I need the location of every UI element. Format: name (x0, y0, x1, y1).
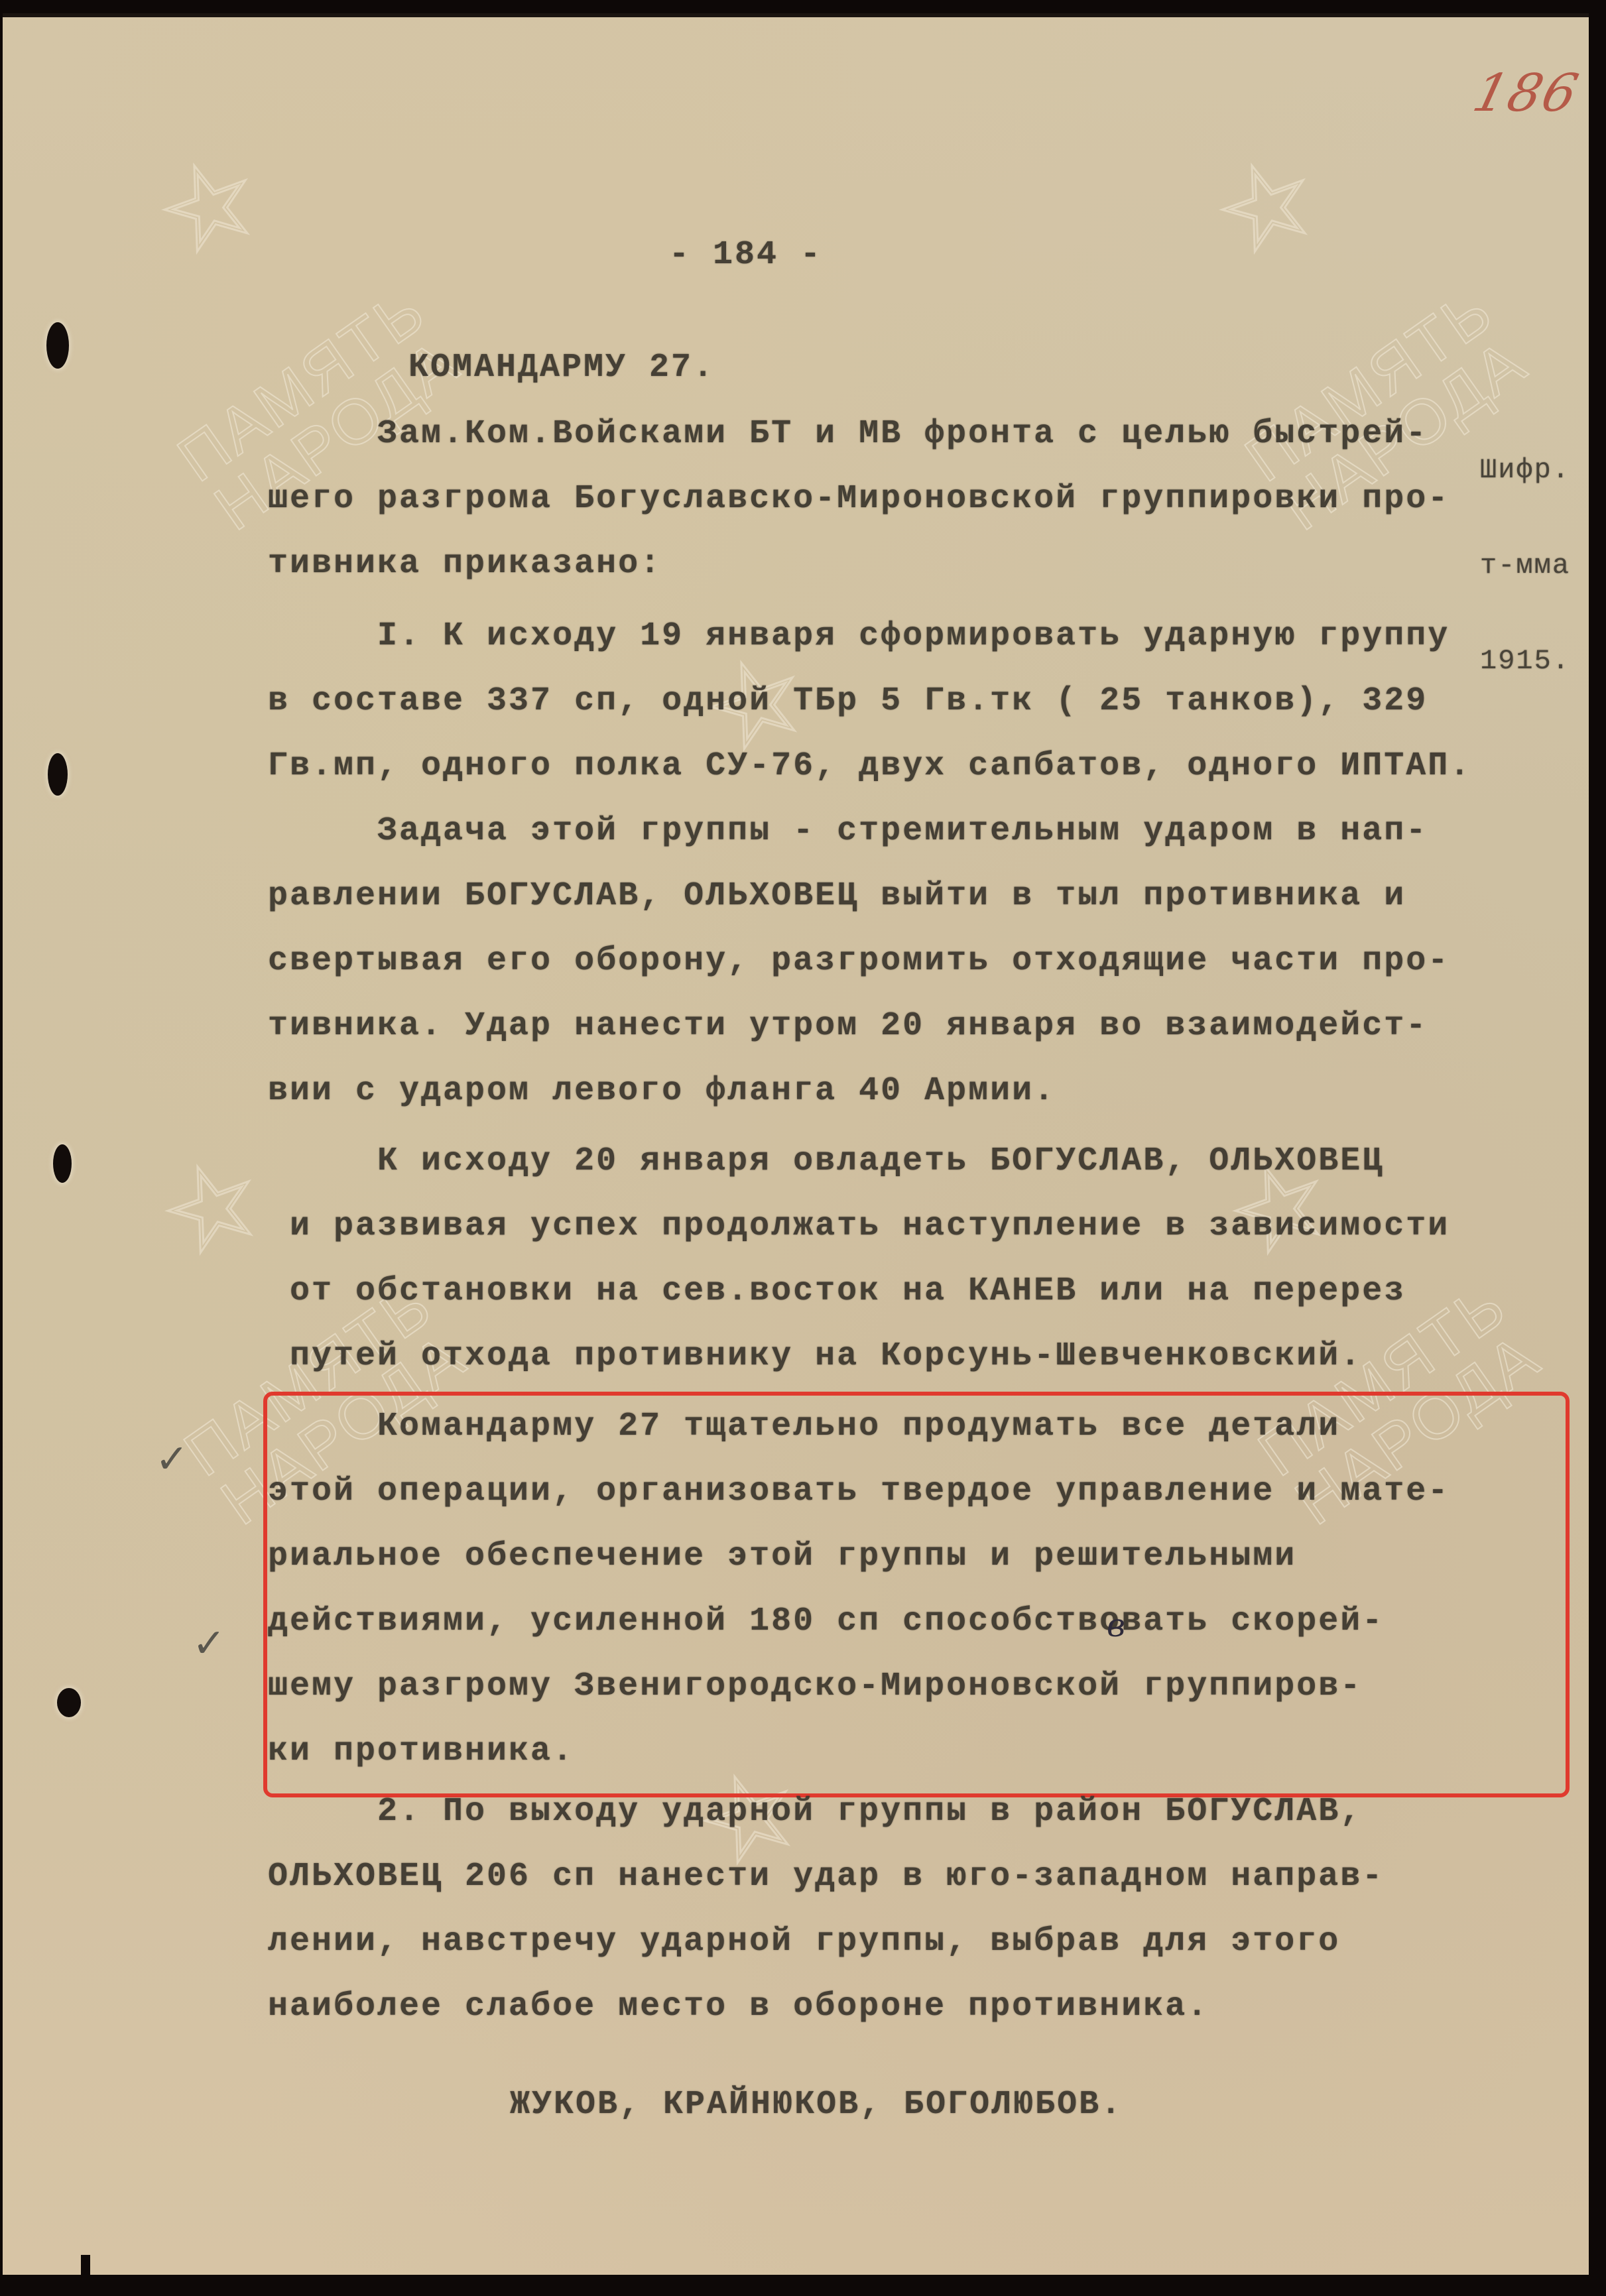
body-line: Гв.мп, одного полка СУ-76, двух сапбатов… (268, 747, 1471, 785)
highlighted-line: ки противника. (268, 1732, 574, 1770)
body-line: К исходу 20 января овладеть БОГУСЛАВ, ОЛ… (268, 1142, 1384, 1180)
body-line: Зам.Ком.Войсками БТ и МВ фронта с целью … (268, 415, 1428, 453)
cipher-margin-note: Шифр. т-мма 1915. (1480, 391, 1570, 741)
body-line: лении, навстречу ударной группы, выбрав … (268, 1923, 1340, 1961)
body-line: тивника приказано: (268, 545, 662, 583)
highlighted-line: действиями, усиленной 180 сп способствов… (268, 1602, 1384, 1640)
check-mark-icon: ✓ (192, 1620, 225, 1667)
body-line: наиболее слабое место в обороне противни… (268, 1988, 1209, 2025)
body-line: ОЛЬХОВЕЦ 206 сп нанести удар в юго-запад… (268, 1858, 1384, 1896)
body-line: равлении БОГУСЛАВ, ОЛЬХОВЕЦ выйти в тыл … (268, 877, 1406, 915)
star-watermark-icon: ☆ (145, 143, 272, 270)
signatures: ЖУКОВ, КРАЙНЮКОВ, БОГОЛЮБОВ. (510, 2086, 1123, 2124)
body-line: путей отхода противнику на Корсунь-Шевче… (268, 1337, 1362, 1375)
binder-hole (46, 322, 69, 369)
binder-hole (53, 1144, 72, 1183)
body-line: и развивая успех продолжать наступление … (268, 1207, 1450, 1245)
binder-hole (57, 1688, 81, 1717)
body-line: в составе 337 сп, одной ТБр 5 Гв.тк ( 25… (268, 682, 1428, 720)
highlighted-line: этой операции, организовать твердое упра… (268, 1473, 1450, 1510)
body-line: Задача этой группы - стремительным ударо… (268, 812, 1428, 850)
body-line: от обстановки на сев.восток на КАНЕВ или… (268, 1272, 1406, 1310)
highlighted-line: Командарму 27 тщательно продумать все де… (268, 1408, 1340, 1445)
body-line: шего разгрома Богуславско-Мироновской гр… (268, 480, 1450, 518)
star-watermark-icon: ☆ (1202, 143, 1329, 270)
binder-hole (48, 753, 68, 796)
scan-edge-notch (81, 2255, 90, 2275)
body-line: 2. По выходу ударной группы в район БОГУ… (268, 1793, 1362, 1831)
handwritten-correction: в (1107, 1607, 1125, 1644)
document-page: ☆ ПАМЯТЬ НАРОДА ☆ ПАМЯТЬ НАРОДА ☆ ПАМЯТЬ… (3, 13, 1589, 2275)
page-number: - 184 - (669, 236, 822, 274)
archive-folio-number: 186 (1467, 64, 1585, 123)
highlighted-line: риальное обеспечение этой группы и решит… (268, 1538, 1296, 1575)
body-line: I. К исходу 19 января сформировать ударн… (268, 617, 1450, 655)
body-line: свертывая его оборону, разгромить отходя… (268, 942, 1450, 980)
body-line: вии с ударом левого фланга 40 Армии. (268, 1072, 1056, 1110)
star-watermark-icon: ☆ (148, 1144, 275, 1271)
addressee-heading: КОМАНДАРМУ 27. (408, 349, 715, 387)
body-line: тивника. Удар нанести утром 20 января во… (268, 1007, 1428, 1045)
check-mark-icon: ✓ (155, 1436, 188, 1482)
highlighted-line: шему разгрому Звенигородско-Мироновской … (268, 1667, 1362, 1705)
